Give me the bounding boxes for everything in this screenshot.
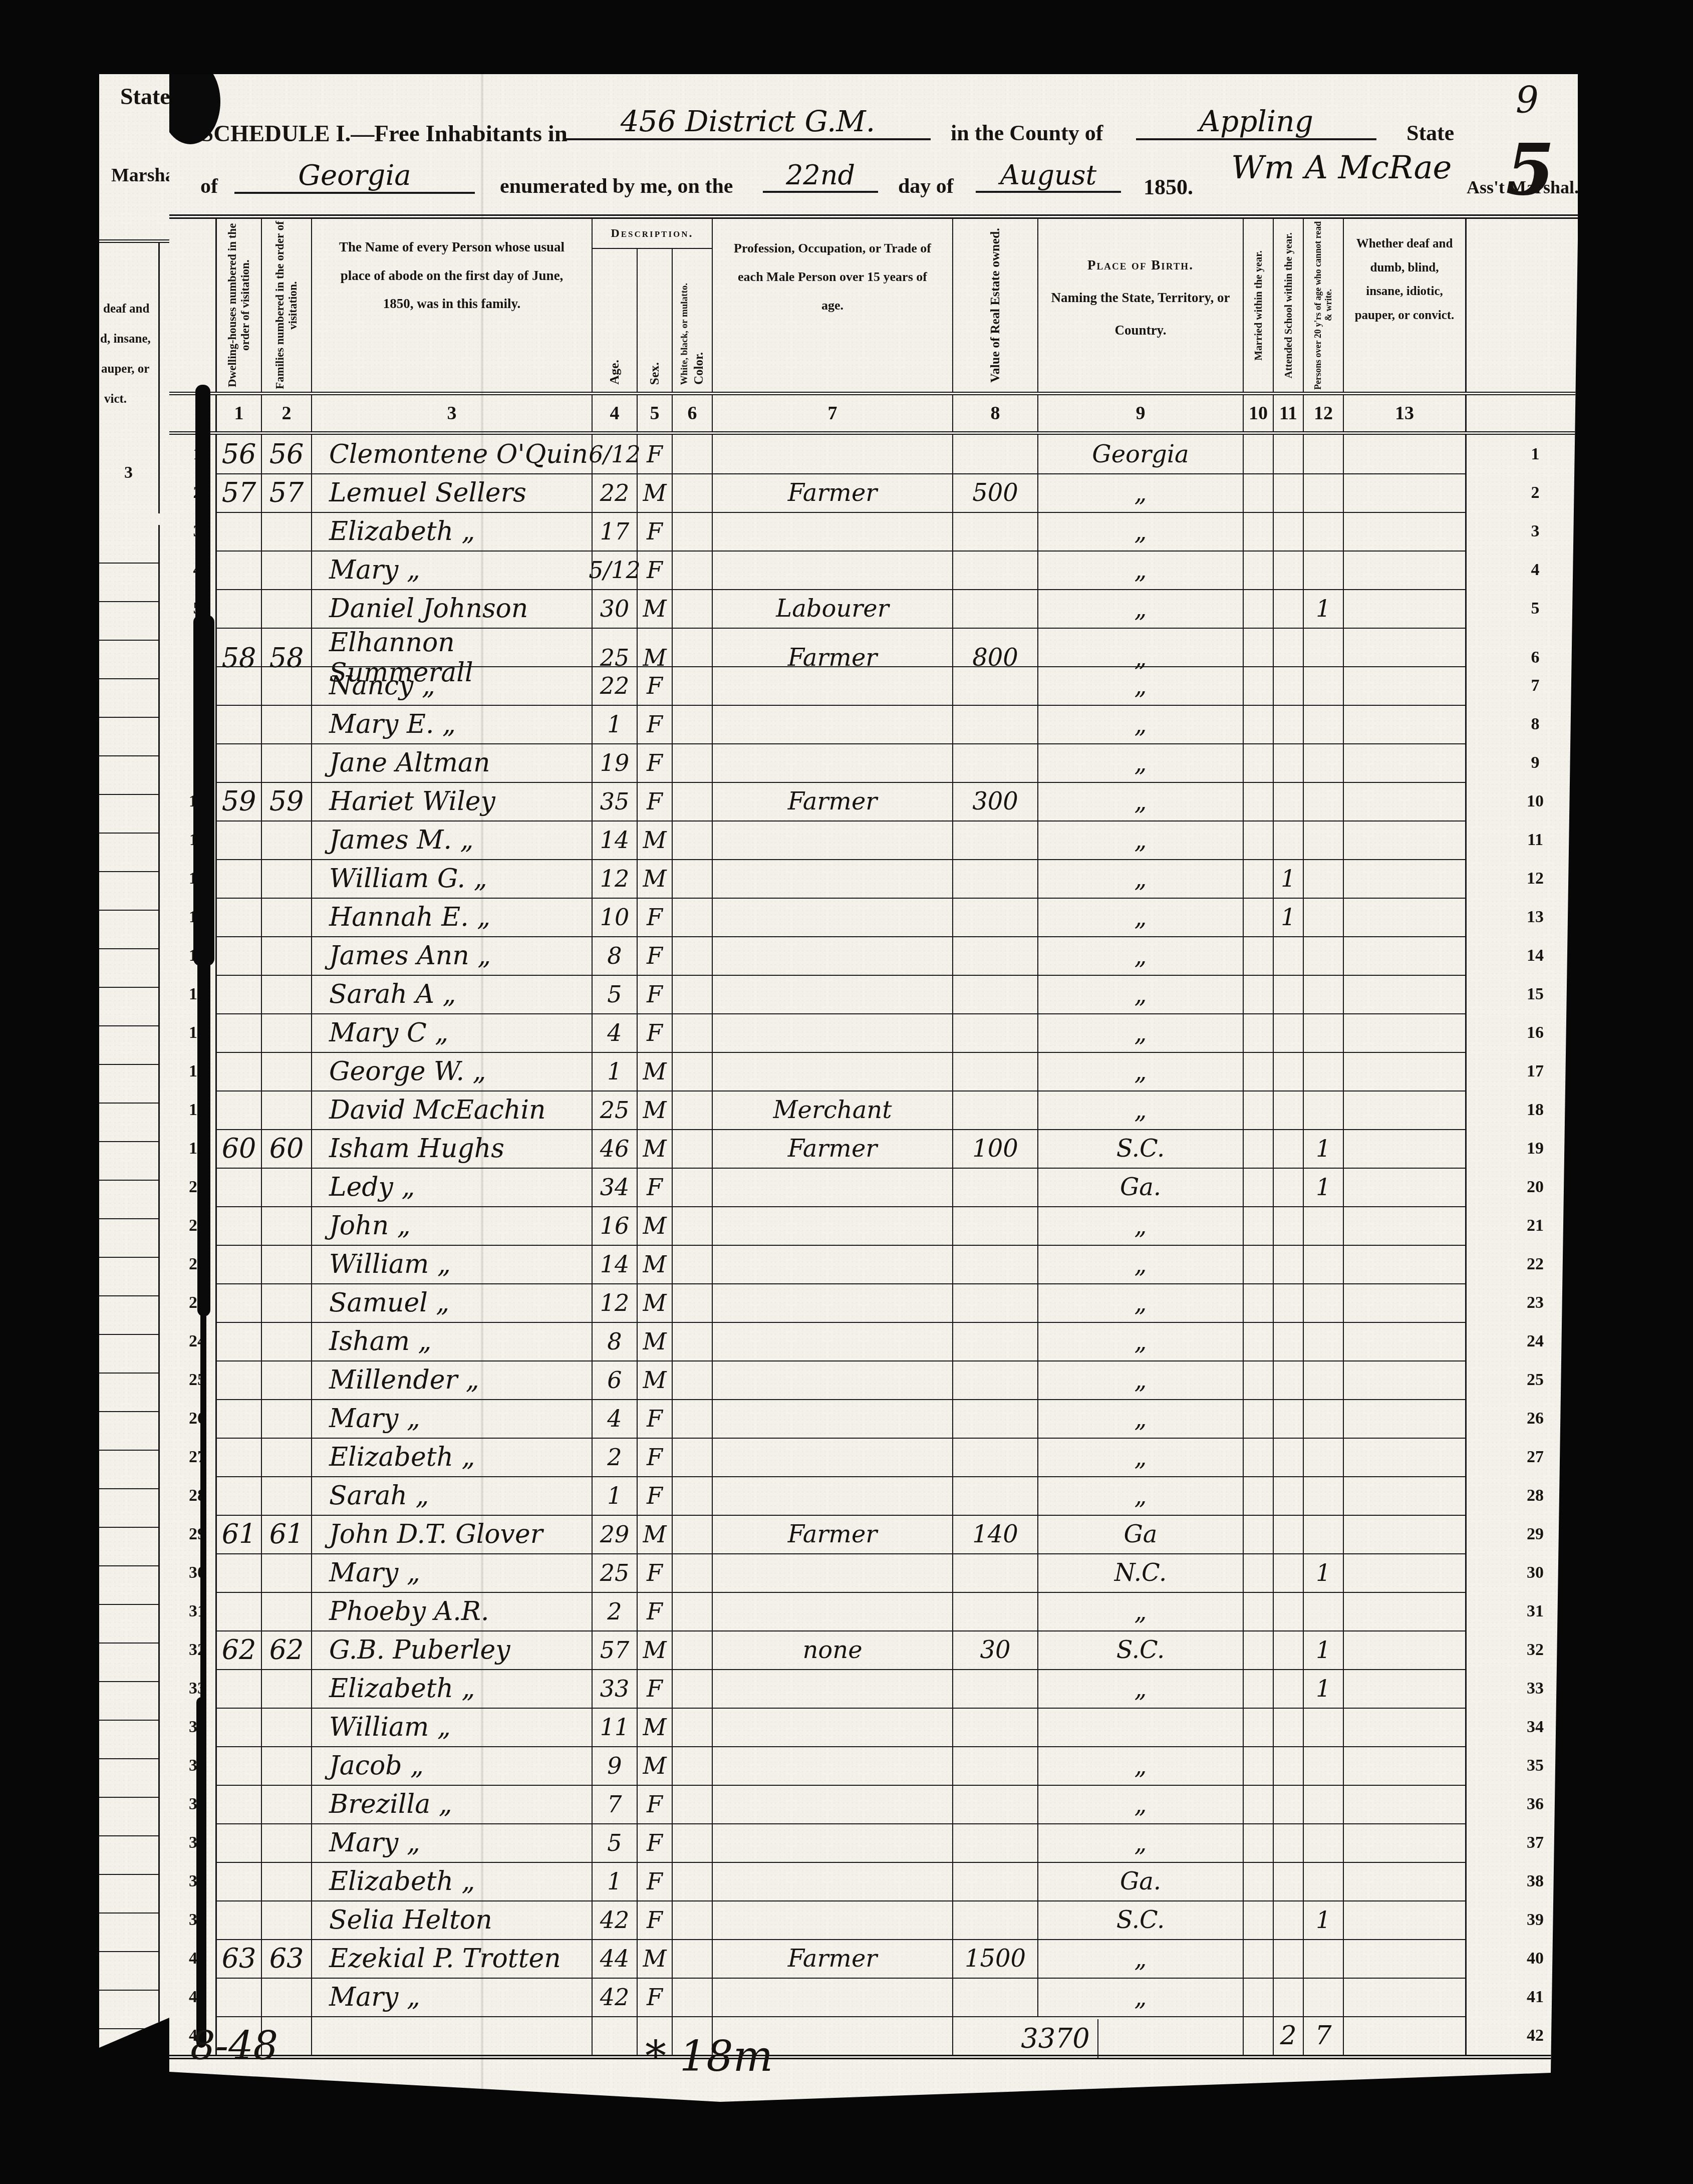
cell-value <box>953 1283 1038 1322</box>
cell-color <box>673 1013 713 1052</box>
cell-color <box>673 1168 713 1206</box>
cell-married <box>1244 1245 1274 1283</box>
line-number-right: 30 <box>1467 1553 1578 1592</box>
cell-age: 5 <box>593 975 638 1013</box>
cell-sex: F <box>638 1669 673 1708</box>
cell-sex: F <box>638 1862 673 1900</box>
cell-family: 62 <box>262 1630 312 1669</box>
cell-name: James M. „ <box>312 821 593 859</box>
cell-name: Mary „ <box>312 1553 593 1592</box>
cell-family: 57 <box>262 473 312 512</box>
cell-school: 2 <box>1274 2016 1304 2055</box>
cell-sex: F <box>638 666 673 705</box>
cell-remarks <box>1344 1862 1467 1900</box>
cell-color <box>673 666 713 705</box>
cell-dwelling <box>217 975 262 1013</box>
cell-age: 19 <box>593 743 638 782</box>
col-number: 8 <box>953 395 1038 431</box>
cell-dwelling <box>217 821 262 859</box>
table-row: 196060Isham Hughs46MFarmer100S.C.119 <box>169 1129 1578 1168</box>
cell-age: 12 <box>593 859 638 898</box>
cell-color <box>673 589 713 628</box>
cell-birthplace: „ <box>1038 1322 1244 1360</box>
cell-sex: M <box>638 1129 673 1168</box>
cell-dwelling <box>217 1283 262 1322</box>
cell-color <box>673 1322 713 1360</box>
cell-dwelling <box>217 705 262 743</box>
county-value: Appling <box>1199 104 1313 138</box>
cell-family <box>262 1900 312 1939</box>
cell-value: 1500 <box>953 1939 1038 1978</box>
line-number-left: 32 <box>169 1630 217 1669</box>
cell-name: Sarah „ <box>312 1476 593 1515</box>
cell-age: 46 <box>593 1129 638 1168</box>
cell-family: 60 <box>262 1129 312 1168</box>
table-row: 105959Hariet Wiley35FFarmer300„10 <box>169 782 1578 821</box>
cell-married <box>1244 1360 1274 1399</box>
cell-name: Elizabeth „ <box>312 1862 593 1900</box>
line-number-left: 30 <box>169 1553 217 1592</box>
cell-sex: F <box>638 743 673 782</box>
table-row: 26Mary „4F„26 <box>169 1399 1578 1438</box>
cell-dwelling <box>217 1052 262 1090</box>
cell-married <box>1244 821 1274 859</box>
cell-school <box>1274 821 1304 859</box>
cell-cantread <box>1304 1206 1344 1245</box>
cell-value: 500 <box>953 473 1038 512</box>
cell-occupation <box>713 975 953 1013</box>
cell-school <box>1274 1438 1304 1476</box>
cell-married <box>1244 1746 1274 1785</box>
table-row: 25757Lemuel Sellers22MFarmer500„2 <box>169 473 1578 512</box>
cell-sex: F <box>638 898 673 936</box>
line-number-right: 31 <box>1467 1592 1578 1630</box>
cell-birthplace: „ <box>1038 898 1244 936</box>
cell-age: 29 <box>593 1515 638 1553</box>
cell-family <box>262 743 312 782</box>
cell-value <box>953 1785 1038 1823</box>
cell-birthplace: „ <box>1038 1052 1244 1090</box>
cell-remarks <box>1344 782 1467 821</box>
cell-age: 16 <box>593 1206 638 1245</box>
line-number-right: 19 <box>1467 1129 1578 1168</box>
totals-row: 4233702742 <box>169 2016 1578 2055</box>
cell-color <box>673 1939 713 1978</box>
cell-color <box>673 782 713 821</box>
cell-married <box>1244 1862 1274 1900</box>
cell-occupation: Labourer <box>713 589 953 628</box>
cell-birthplace: S.C. <box>1038 1900 1244 1939</box>
cell-married <box>1244 1013 1274 1052</box>
cell-name: Selia Helton <box>312 1900 593 1939</box>
cell-value: 30 <box>953 1630 1038 1669</box>
cell-sex: M <box>638 1360 673 1399</box>
cell-sex: F <box>638 1013 673 1052</box>
cell-cantread <box>1304 1090 1344 1129</box>
table-row: 326262G.B. Puberley57Mnone30S.C.132 <box>169 1630 1578 1669</box>
cell-remarks <box>1344 936 1467 975</box>
cell-dwelling <box>217 1168 262 1206</box>
cell-family <box>262 1245 312 1283</box>
cell-remarks <box>1344 1630 1467 1669</box>
fragment-empty-rows <box>99 525 160 2078</box>
cell-school <box>1274 1206 1304 1245</box>
table-row: 35Jacob „9M„35 <box>169 1746 1578 1785</box>
cell-birthplace: „ <box>1038 1206 1244 1245</box>
cell-remarks <box>1344 1438 1467 1476</box>
cell-cantread <box>1304 1476 1344 1515</box>
stamp-page-number: 5 <box>1506 129 1554 211</box>
cell-cantread <box>1304 435 1344 473</box>
line-number-right: 20 <box>1467 1168 1578 1206</box>
cell-married <box>1244 1630 1274 1669</box>
cell-color <box>673 1746 713 1785</box>
cell-value <box>953 1823 1038 1862</box>
table-row: 37Mary „5F„37 <box>169 1823 1578 1862</box>
cell-married <box>1244 936 1274 975</box>
cell-family: 59 <box>262 782 312 821</box>
cell-school <box>1274 1978 1304 2016</box>
cell-color <box>673 1052 713 1090</box>
cell-remarks <box>1344 1785 1467 1823</box>
col-number: 7 <box>713 395 953 431</box>
cell-married <box>1244 859 1274 898</box>
cell-occupation <box>713 1862 953 1900</box>
cell-occupation <box>713 1708 953 1746</box>
cell-family <box>262 589 312 628</box>
cell-remarks <box>1344 1900 1467 1939</box>
cell-color <box>673 1785 713 1823</box>
cell-remarks <box>1344 512 1467 551</box>
cell-age: 10 <box>593 898 638 936</box>
cell-remarks <box>1344 1939 1467 1978</box>
cell-remarks <box>1344 859 1467 898</box>
description-group-header: Description. Age. Sex. White, black, or … <box>593 219 713 392</box>
cell-name: William „ <box>312 1245 593 1283</box>
cell-value <box>953 1746 1038 1785</box>
cell-remarks <box>1344 1746 1467 1785</box>
cell-birthplace: Ga. <box>1038 1862 1244 1900</box>
cell-birthplace: „ <box>1038 666 1244 705</box>
cell-married <box>1244 898 1274 936</box>
cell-birthplace: „ <box>1038 1476 1244 1515</box>
cell-school <box>1274 1283 1304 1322</box>
cell-remarks <box>1344 1592 1467 1630</box>
cell-married <box>1244 1515 1274 1553</box>
cell-age: 42 <box>593 1978 638 2016</box>
line-number-left: 31 <box>169 1592 217 1630</box>
cell-birthplace: N.C. <box>1038 1553 1244 1592</box>
line-number-left: 29 <box>169 1515 217 1553</box>
line-number-left: 24 <box>169 1322 217 1360</box>
line-number-right: 23 <box>1467 1283 1578 1322</box>
cell-school <box>1274 1669 1304 1708</box>
cell-value <box>953 512 1038 551</box>
table-row: 9Jane Altman19F„9 <box>169 743 1578 782</box>
cell-family <box>262 1553 312 1592</box>
cell-name: Elizabeth „ <box>312 1438 593 1476</box>
cell-sex: F <box>638 975 673 1013</box>
cell-birthplace: „ <box>1038 1939 1244 1978</box>
line-number-left: 36 <box>169 1785 217 1823</box>
cell-married <box>1244 473 1274 512</box>
cell-remarks <box>1344 1708 1467 1746</box>
cell-birthplace: „ <box>1038 589 1244 628</box>
cell-cantread <box>1304 551 1344 589</box>
cell-sex: M <box>638 1283 673 1322</box>
census-page: 9 5 SCHEDULE I.—Free Inhabitants in 456 … <box>169 74 1578 2138</box>
cell-value <box>953 1052 1038 1090</box>
cell-family <box>262 1360 312 1399</box>
cell-age: 34 <box>593 1168 638 1206</box>
line-number-left: 37 <box>169 1823 217 1862</box>
cell-married <box>1244 512 1274 551</box>
cell-school <box>1274 1129 1304 1168</box>
cell-sex: F <box>638 435 673 473</box>
table-header: Dwelling-houses numbered in the order of… <box>169 214 1578 395</box>
cell-family <box>262 666 312 705</box>
cell-cantread <box>1304 705 1344 743</box>
table-row: 8Mary E. „1F„8 <box>169 705 1578 743</box>
cell-family <box>262 1823 312 1862</box>
cell-name: David McEachin <box>312 1090 593 1129</box>
cell-occupation <box>713 1283 953 1322</box>
cell-remarks <box>1344 705 1467 743</box>
cell-name: Mary „ <box>312 1823 593 1862</box>
line-number-right: 7 <box>1467 666 1578 705</box>
line-number-right: 27 <box>1467 1438 1578 1476</box>
cell-sex: F <box>638 1476 673 1515</box>
cell-cantread <box>1304 975 1344 1013</box>
cell-color <box>673 821 713 859</box>
fragment-text: deaf and <box>103 302 149 316</box>
cell-remarks <box>1344 1129 1467 1168</box>
cell-birthplace: „ <box>1038 473 1244 512</box>
cell-color <box>673 859 713 898</box>
cell-birthplace: „ <box>1038 551 1244 589</box>
cell-age: 1 <box>593 1052 638 1090</box>
line-number-right: 33 <box>1467 1669 1578 1708</box>
cell-family <box>262 1168 312 1206</box>
cell-married <box>1244 1438 1274 1476</box>
cell-remarks <box>1344 666 1467 705</box>
cell-cantread <box>1304 1399 1344 1438</box>
cell-name: Hariet Wiley <box>312 782 593 821</box>
cell-remarks <box>1344 1669 1467 1708</box>
cell-sex: F <box>638 1168 673 1206</box>
cell-married <box>1244 551 1274 589</box>
cell-cantread <box>1304 743 1344 782</box>
cell-school <box>1274 1862 1304 1900</box>
cell-sex: F <box>638 1592 673 1630</box>
cell-married <box>1244 589 1274 628</box>
cell-cantread <box>1304 859 1344 898</box>
cell-dwelling <box>217 1746 262 1785</box>
col-birthplace-header: Place of Birth.Naming the State, Territo… <box>1038 219 1244 392</box>
cell-name: Mary „ <box>312 1978 593 2016</box>
cell-occupation <box>713 551 953 589</box>
cell-cantread <box>1304 898 1344 936</box>
cell-school <box>1274 1013 1304 1052</box>
cell-dwelling <box>217 1785 262 1823</box>
of-label: of <box>200 174 218 198</box>
cell-family: 56 <box>262 435 312 473</box>
cell-occupation <box>713 1553 953 1592</box>
cell-name: Daniel Johnson <box>312 589 593 628</box>
cell-birthplace: „ <box>1038 975 1244 1013</box>
cell-sex: F <box>638 1438 673 1476</box>
cell-dwelling: 61 <box>217 1515 262 1553</box>
cell-cantread <box>1304 821 1344 859</box>
cell-married <box>1244 1785 1274 1823</box>
cell-age: 22 <box>593 473 638 512</box>
col-dwelling-header: Dwelling-houses numbered in the order of… <box>217 219 262 392</box>
cell-birthplace: „ <box>1038 1978 1244 2016</box>
col-number: 2 <box>262 395 312 431</box>
cell-birthplace: „ <box>1038 1245 1244 1283</box>
cell-family <box>262 1476 312 1515</box>
fragment-column-number: 3 <box>124 463 133 482</box>
cell-family <box>262 1090 312 1129</box>
cell-married <box>1244 1283 1274 1322</box>
cell-name: Clemontene O'Quin <box>312 435 593 473</box>
line-number-right: 2 <box>1467 473 1578 512</box>
line-number-right: 34 <box>1467 1708 1578 1746</box>
col-married-header: Married within the year. <box>1244 219 1274 392</box>
line-number-right: 3 <box>1467 512 1578 551</box>
cell-color <box>673 1553 713 1592</box>
cell-remarks <box>1344 1360 1467 1399</box>
cell-sex: M <box>638 821 673 859</box>
cell-school <box>1274 1823 1304 1862</box>
cell-married <box>1244 1900 1274 1939</box>
cell-cantread: 1 <box>1304 1630 1344 1669</box>
cell-sex: M <box>638 1746 673 1785</box>
cell-occupation <box>713 821 953 859</box>
col-number: 13 <box>1344 395 1467 431</box>
cell-cantread: 1 <box>1304 1168 1344 1206</box>
cell-remarks <box>1344 743 1467 782</box>
cell-married <box>1244 1129 1274 1168</box>
cell-birthplace: Georgia <box>1038 435 1244 473</box>
cell-age: 2 <box>593 1592 638 1630</box>
cell-age: 14 <box>593 1245 638 1283</box>
cell-value <box>953 1592 1038 1630</box>
cell-birthplace: „ <box>1038 1013 1244 1052</box>
cell-name: Ledy „ <box>312 1168 593 1206</box>
cell-cantread <box>1304 1785 1344 1823</box>
cell-age: 14 <box>593 821 638 859</box>
cell-age: 30 <box>593 589 638 628</box>
cell-value: 3370 <box>1013 2019 1098 2058</box>
cell-occupation <box>713 1206 953 1245</box>
line-number-right: 21 <box>1467 1206 1578 1245</box>
cell-cantread <box>1304 1978 1344 2016</box>
cell-color <box>673 1630 713 1669</box>
cell-sex: M <box>638 473 673 512</box>
cell-color <box>673 1978 713 2016</box>
cell-school <box>1274 589 1304 628</box>
column-number-row: 1 2 3 4 5 6 7 8 9 10 11 12 13 <box>169 395 1578 435</box>
table-row: 15Sarah A „5F„15 <box>169 975 1578 1013</box>
cell-occupation: Farmer <box>713 1515 953 1553</box>
table-row: 11James M. „14M„11 <box>169 821 1578 859</box>
cell-color <box>673 975 713 1013</box>
cell-value <box>953 551 1038 589</box>
cell-color <box>673 898 713 936</box>
cell-name: G.B. Puberley <box>312 1630 593 1669</box>
cell-name: Isham Hughs <box>312 1129 593 1168</box>
cell-birthplace: „ <box>1038 1785 1244 1823</box>
cell-sex: F <box>638 1823 673 1862</box>
cell-dwelling <box>217 1708 262 1746</box>
cell-birthplace <box>1038 1708 1244 1746</box>
year-label: 1850. <box>1144 174 1193 200</box>
cell-remarks <box>1344 1090 1467 1129</box>
cell-age: 9 <box>593 1746 638 1785</box>
census-table: Dwelling-houses numbered in the order of… <box>169 214 1578 2059</box>
cell-occupation <box>713 1592 953 1630</box>
cell-name: Lemuel Sellers <box>312 473 593 512</box>
cell-age: 11 <box>593 1708 638 1746</box>
cell-family <box>262 1013 312 1052</box>
table-row: 23Samuel „12M„23 <box>169 1283 1578 1322</box>
cell-dwelling <box>217 1900 262 1939</box>
table-row: 39Selia Helton42FS.C.139 <box>169 1900 1578 1939</box>
cell-family <box>262 1052 312 1090</box>
cell-age: 57 <box>593 1630 638 1669</box>
cell-age: 7 <box>593 1785 638 1823</box>
cell-sex: M <box>638 1515 673 1553</box>
cell-value <box>953 898 1038 936</box>
cell-school <box>1274 666 1304 705</box>
cell-sex: F <box>638 1553 673 1592</box>
cell-married <box>1244 1168 1274 1206</box>
col-number: 5 <box>638 395 673 431</box>
cell-married <box>1244 435 1274 473</box>
cell-name: Ezekial P. Trotten <box>312 1939 593 1978</box>
cell-dwelling <box>217 1553 262 1592</box>
cell-birthplace: „ <box>1038 936 1244 975</box>
cell-cantread <box>1304 782 1344 821</box>
cell-birthplace: „ <box>1038 1399 1244 1438</box>
cell-value <box>953 1708 1038 1746</box>
line-number-right: 24 <box>1467 1322 1578 1360</box>
line-number-right: 1 <box>1467 435 1578 473</box>
cell-dwelling <box>217 1592 262 1630</box>
col-number: 10 <box>1244 395 1274 431</box>
cell-color <box>673 1090 713 1129</box>
cell-birthplace: „ <box>1038 1090 1244 1129</box>
cell-value <box>953 1862 1038 1900</box>
col-cantread-header: Persons over 20 y'rs of age who cannot r… <box>1304 219 1344 392</box>
cell-married <box>1244 1939 1274 1978</box>
district-value: 456 District G.M. <box>621 104 875 138</box>
cell-family <box>262 551 312 589</box>
cell-value <box>953 1438 1038 1476</box>
cell-name: Elizabeth „ <box>312 512 593 551</box>
cell-cantread <box>1304 473 1344 512</box>
cell-color <box>673 936 713 975</box>
col-school-header: Attended School within the year. <box>1274 219 1304 392</box>
cell-occupation <box>713 435 953 473</box>
table-row: 22William „14M„22 <box>169 1245 1578 1283</box>
cell-school <box>1274 1399 1304 1438</box>
cell-family <box>262 936 312 975</box>
cell-sex: F <box>638 705 673 743</box>
cell-value <box>953 1168 1038 1206</box>
cell-sex: M <box>638 859 673 898</box>
